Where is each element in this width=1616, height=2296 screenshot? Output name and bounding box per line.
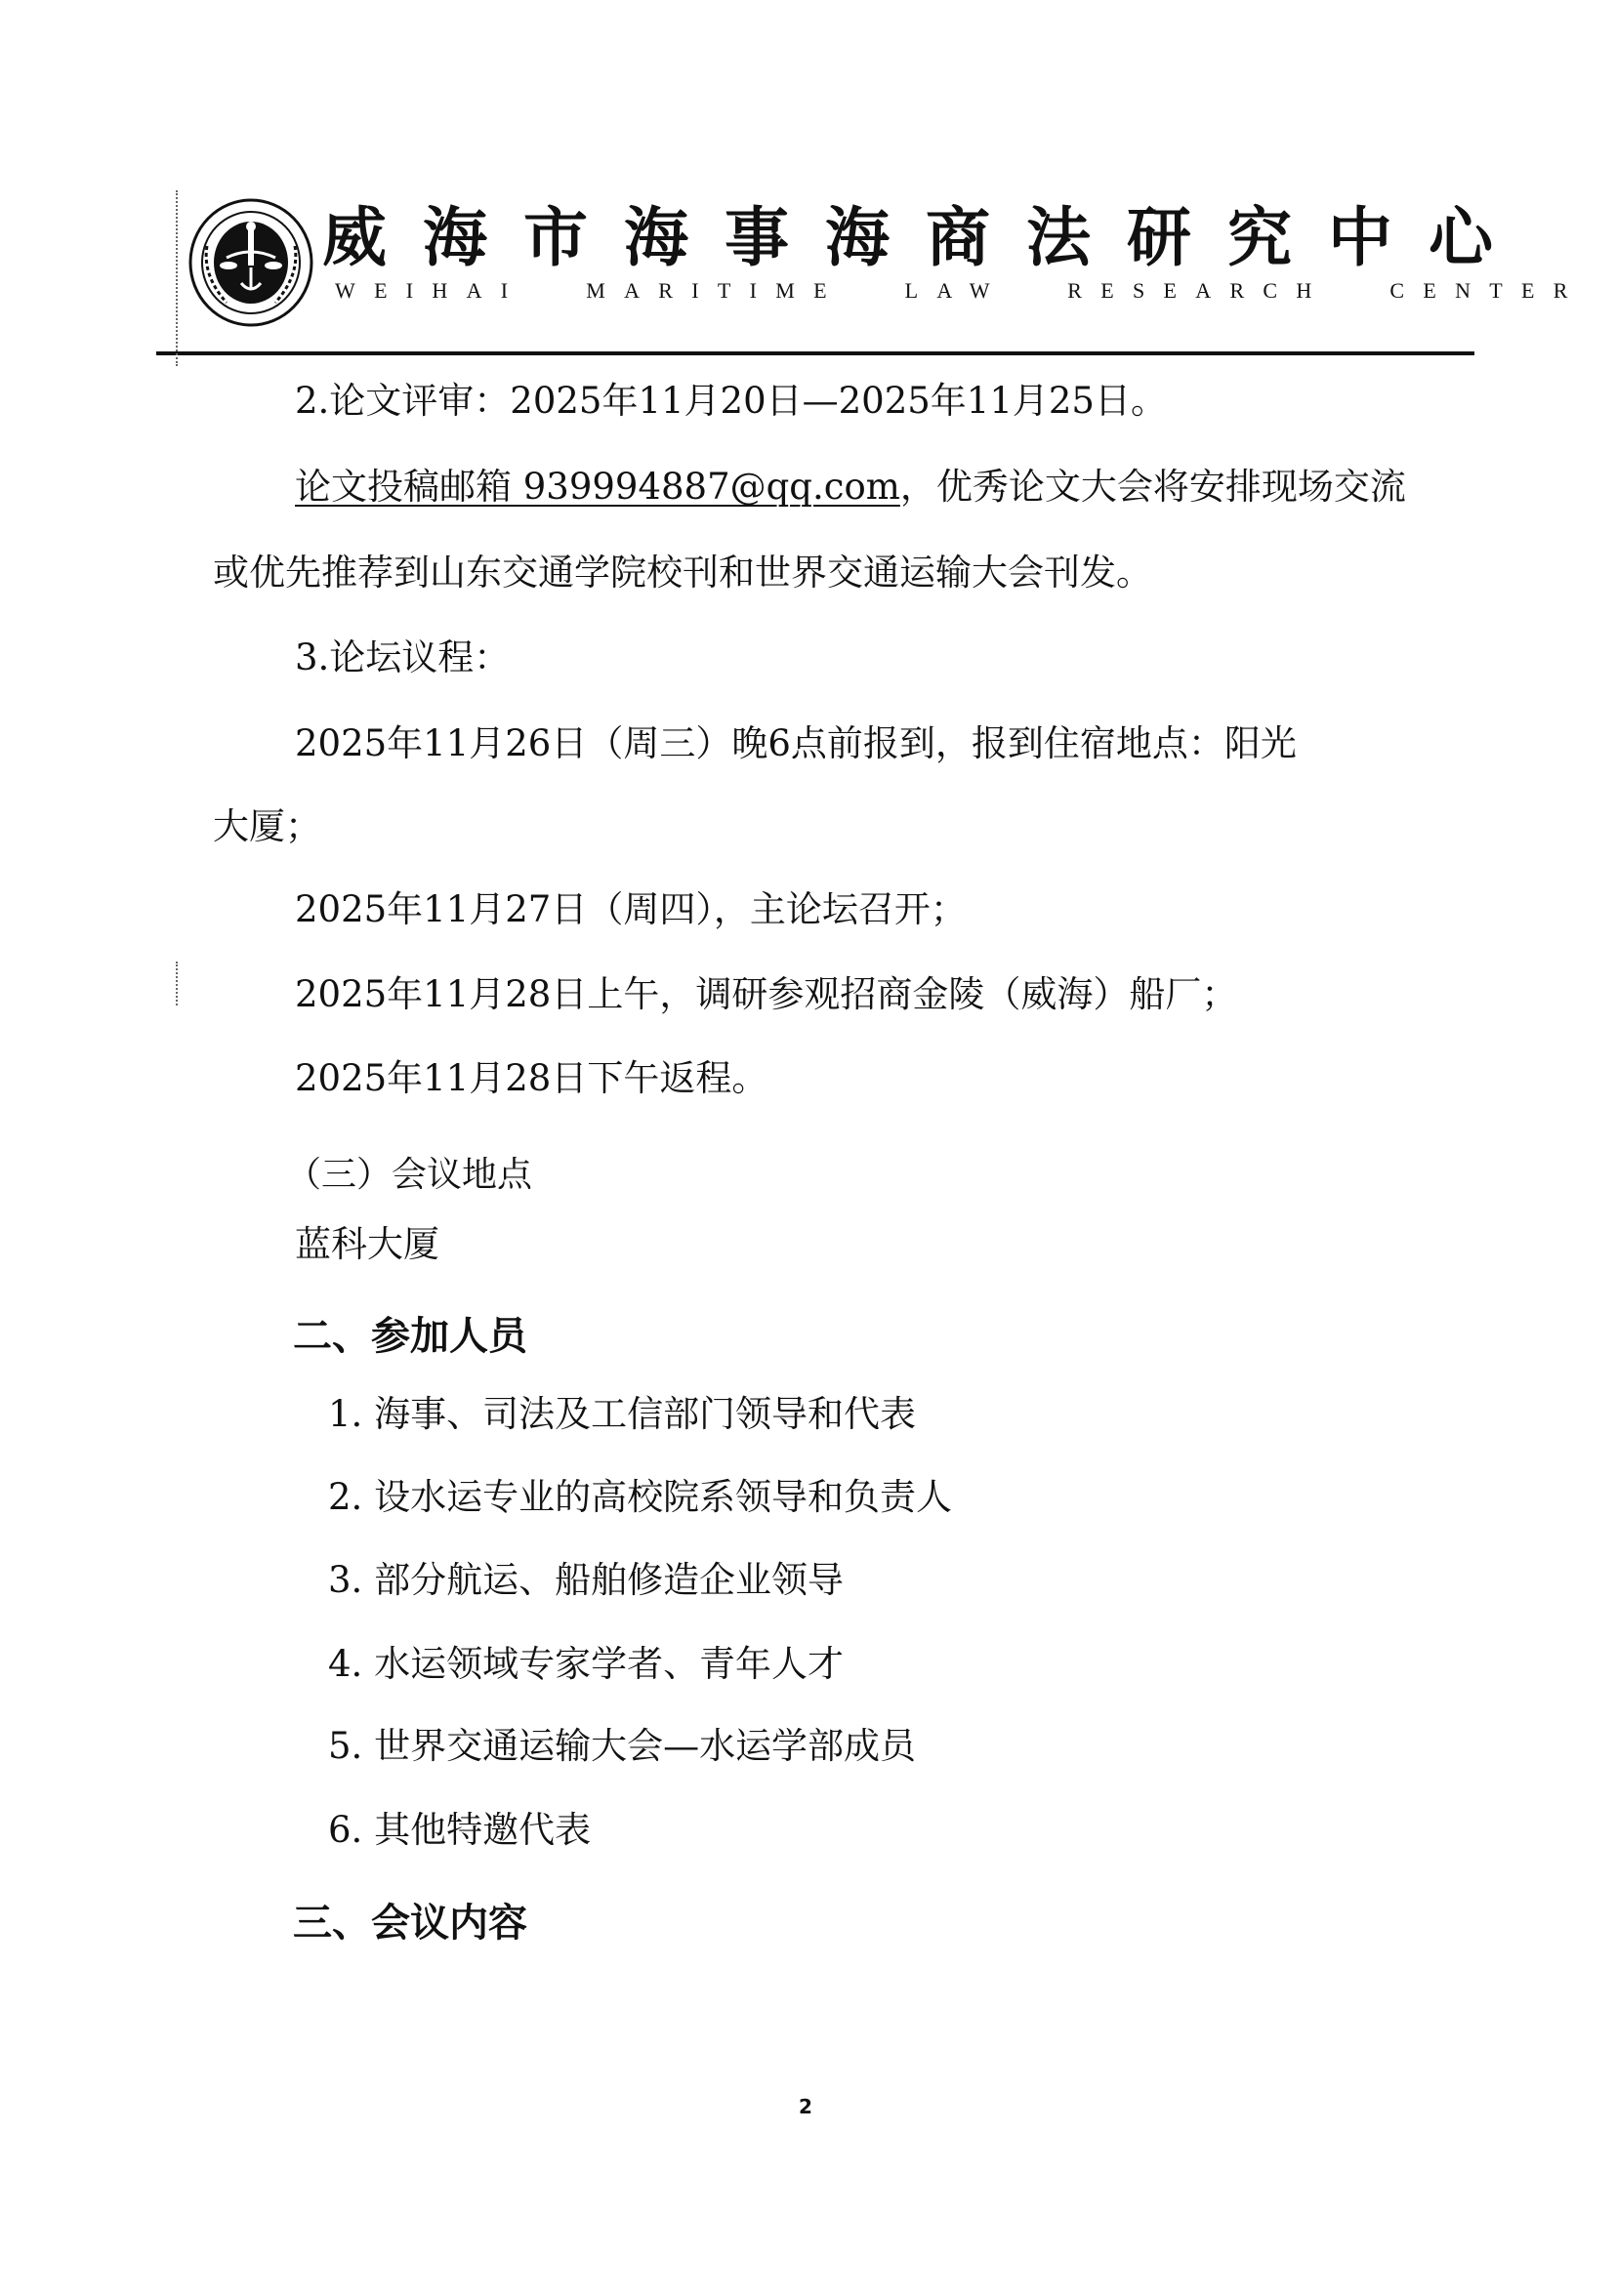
participant-item: 1. 海事、司法及工信部门领导和代表 [328,1396,916,1432]
participant-item: 4. 水运领域专家学者、青年人才 [328,1646,844,1682]
org-name-cn: 威海市海事海商法研究中心 [322,185,1529,278]
agenda-title: 3.论坛议程： [295,639,510,676]
venue-heading: （三）会议地点 [286,1147,532,1197]
document-page: 威海市海事海商法研究中心 WEIHAI MARITIME LAW RESEARC… [0,0,1616,2296]
participant-item: 6. 其他特邀代表 [328,1812,591,1848]
submission-email[interactable]: 论文投稿邮箱 939994887@qq.com [295,466,900,508]
agenda-item: 2025年11月26日（周三）晚6点前报到，报到住宿地点：阳光 [295,725,1297,761]
participant-item: 2. 设水运专业的高校院系领导和负责人 [328,1479,952,1515]
page-number: 2 [799,2095,812,2118]
org-name-en: WEIHAI MARITIME LAW RESEARCH CENTER [335,278,1587,304]
content-heading: 三、会议内容 [293,1892,527,1947]
participant-item: 3. 部分航运、船舶修造企业领导 [328,1562,844,1598]
participants-heading: 二、参加人员 [293,1305,527,1361]
agenda-item: 大厦； [213,808,321,844]
margin-binding-marks [176,962,178,1005]
venue-text: 蓝科大厦 [295,1226,439,1262]
maritime-law-emblem-icon [187,197,314,329]
margin-binding-marks [176,190,178,366]
submission-line: 论文投稿邮箱 939994887@qq.com，优秀论文大会将安排现场交流 [295,469,1406,505]
agenda-item: 2025年11月28日上午，调研参观招商金陵（威海）船厂； [295,976,1237,1012]
paper-review-line: 2.论文评审：2025年11月20日—2025年11月25日。 [295,383,1167,419]
header-divider [156,351,1474,355]
participant-item: 5. 世界交通运输大会—水运学部成员 [328,1728,916,1764]
submission-text: ，优秀论文大会将安排现场交流 [900,466,1406,508]
agenda-item: 2025年11月28日下午返程。 [295,1060,767,1096]
submission-line-2: 或优先推荐到山东交通学院校刊和世界交通运输大会刊发。 [213,554,1152,591]
agenda-item: 2025年11月27日（周四），主论坛召开； [295,891,967,927]
